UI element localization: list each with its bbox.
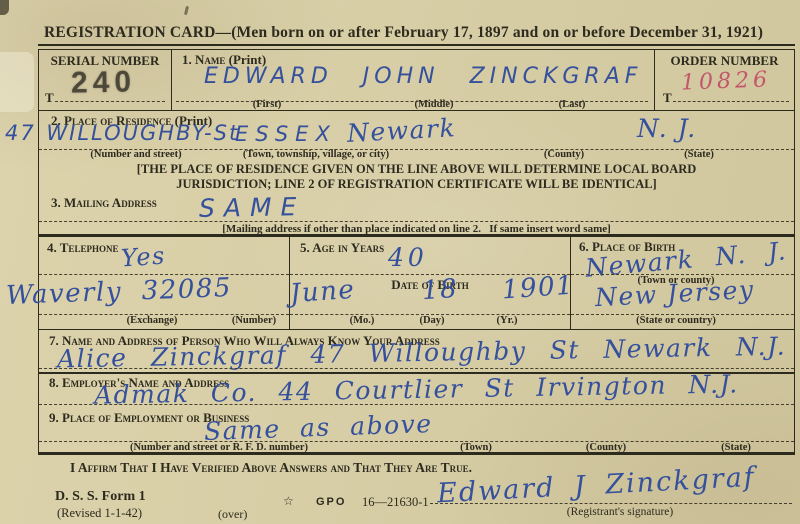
telephone-sub-number: (Number): [232, 315, 276, 326]
row-residence: 2. Place of Residence (Print) 47 WILLOUG…: [39, 111, 794, 159]
name-value: EDWARD JOHN ZINCKGRAF: [204, 64, 642, 89]
order-number-cell: ORDER NUMBER T 10826: [655, 49, 794, 110]
age-value: 40: [388, 243, 428, 272]
name-sub-last: (Last): [559, 99, 586, 110]
contact-line: [39, 368, 794, 369]
row-employer: 8. Employer's Name and Address Admak Co.…: [39, 374, 794, 408]
order-value: 10826: [681, 67, 772, 95]
serial-line: [55, 101, 165, 102]
mailing-line: [39, 221, 794, 222]
paper-torn-edge: [0, 52, 34, 112]
serial-prefix: T: [45, 90, 54, 106]
dob-sub-month: (Mo.): [350, 315, 375, 326]
name-sub-first: (First): [253, 99, 282, 110]
row-identity: SERIAL NUMBER T 240 1. Name (Print) EDWA…: [39, 49, 794, 111]
residence-state-value: N. J.: [637, 114, 697, 143]
residence-city-value: Newark: [346, 113, 456, 148]
birthplace-sub-state: (State or country): [636, 315, 716, 326]
form-revision: (Revised 1-1-42): [57, 506, 142, 521]
birthplace-cell: 6. Place of Birth Newark N. J. (Town or …: [571, 237, 794, 329]
employer-line: [39, 404, 794, 405]
telephone-number-value: Waverly 32085: [6, 273, 233, 311]
row-phone-age-birth: 4. Telephone Yes Waverly 32085 (Exchange…: [39, 237, 794, 330]
dob-sub-year: (Yr.): [497, 315, 518, 326]
employment-sub-state: (State): [721, 442, 751, 453]
mailing-label: 3. Mailing Address: [51, 195, 157, 211]
birth-day-value: 18: [421, 274, 459, 306]
employment-sub-street: (Number and street or R. F. D. number): [130, 442, 308, 453]
telephone-label: 4. Telephone: [47, 240, 118, 256]
order-number-label: ORDER NUMBER: [655, 53, 794, 69]
row-contact-person: 7. Name and Address of Person Who Will A…: [39, 330, 794, 374]
telephone-sub-exchange: (Exchange): [127, 315, 178, 326]
signature-caption: (Registrant's signature): [540, 506, 700, 518]
order-prefix: T: [663, 90, 672, 106]
row-jurisdiction-note: [THE PLACE OF RESIDENCE GIVEN ON THE LIN…: [39, 159, 794, 193]
over-note: (over): [218, 507, 247, 522]
employment-sub-town: (Town): [460, 442, 492, 453]
birth-month-value: June: [289, 275, 356, 309]
order-line: [673, 101, 789, 102]
card-title-main: REGISTRATION CARD—: [44, 24, 231, 41]
telephone-answer-value: Yes: [120, 241, 167, 272]
name-cell: 1. Name (Print) EDWARD JOHN ZINCKGRAF (F…: [171, 49, 655, 110]
serial-value: 240: [71, 65, 137, 100]
paper-smudge: [0, 0, 9, 15]
birthplace-state-value: New Jersey: [594, 275, 755, 312]
employment-sub-county: (County): [586, 442, 626, 453]
serial-number-cell: SERIAL NUMBER T 240: [39, 49, 171, 110]
form-number: D. S. S. Form 1: [55, 489, 146, 505]
row-employment: 9. Place of Employment or Business Same …: [39, 408, 794, 455]
dob-sub-day: (Day): [419, 315, 444, 326]
mailing-value: SAME: [199, 192, 306, 223]
row-mailing-address: 3. Mailing Address SAME [Mailing address…: [39, 193, 794, 237]
card-title-sub: (Men born on or after February 17, 1897 …: [231, 24, 763, 41]
star-icon: ☆: [283, 494, 294, 509]
card-title: REGISTRATION CARD—(Men born on or after …: [44, 24, 763, 42]
mailing-note: [Mailing address if other than place ind…: [39, 223, 794, 235]
name-sub-middle: (Middle): [414, 99, 453, 110]
jurisdiction-note-line2: JURISDICTION; LINE 2 OF REGISTRATION CER…: [39, 177, 794, 192]
paper-mark: [184, 6, 189, 15]
registration-card: REGISTRATION CARD—(Men born on or after …: [0, 0, 800, 524]
jurisdiction-note-line1: [THE PLACE OF RESIDENCE GIVEN ON THE LIN…: [39, 162, 794, 177]
gpo-label: GPO: [316, 496, 346, 508]
age-cell: 5. Age in Years 40 Date of Birth June 18…: [289, 237, 571, 329]
card-table: SERIAL NUMBER T 240 1. Name (Print) EDWA…: [38, 49, 795, 455]
birth-year-value: 1901: [501, 271, 575, 306]
gpo-print-number: 16—21630-1: [362, 495, 429, 510]
age-label: 5. Age in Years: [300, 240, 384, 256]
residence-town-value: ESSEX: [235, 122, 337, 146]
telephone-cell: 4. Telephone Yes Waverly 32085 (Exchange…: [39, 237, 289, 329]
affirmation-statement: I Affirm That I Have Verified Above Answ…: [70, 460, 472, 476]
residence-street-value: 47 WILLOUGHBY-St: [5, 121, 239, 145]
